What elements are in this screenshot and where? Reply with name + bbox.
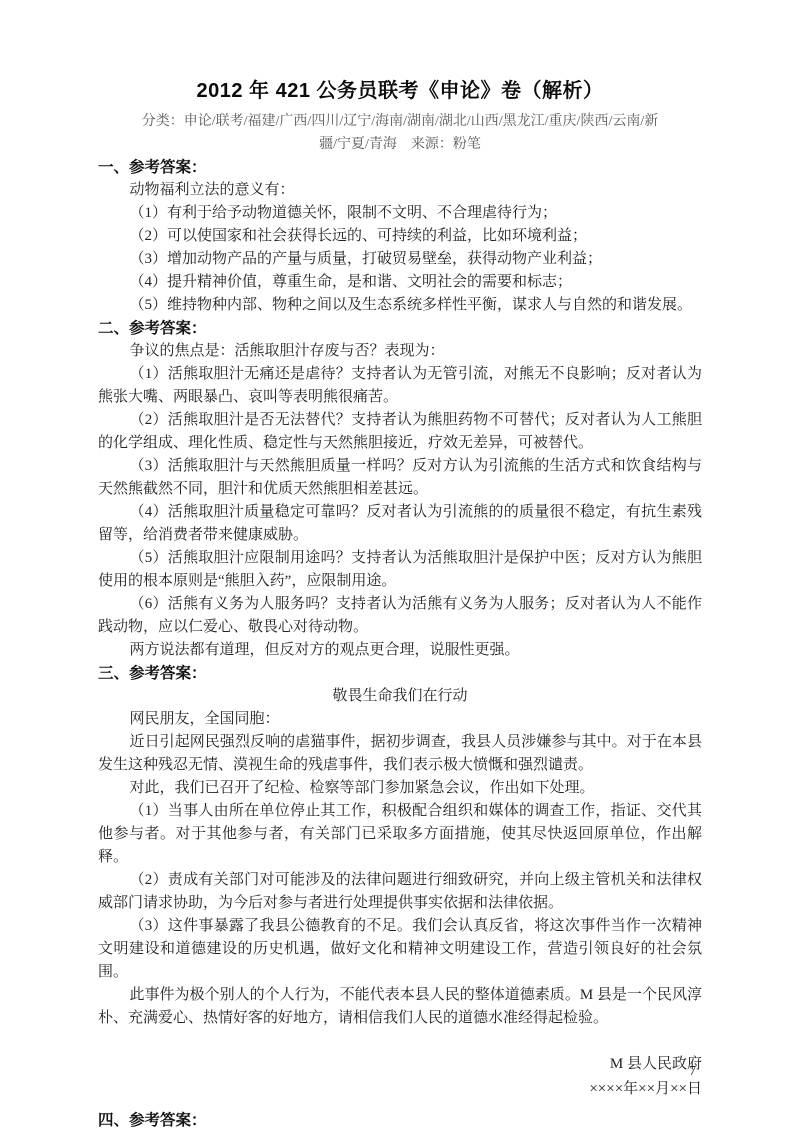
answer1-item-3: （3）增加动物产品的产量与质量，打破贸易壁垒，获得动物产业利益； — [98, 248, 702, 271]
section-4-heading: 四、参考答案： — [98, 1109, 702, 1132]
answer2-intro: 争议的焦点是：活熊取胆汁存废与否？表现为： — [98, 340, 702, 363]
letter-title: 敬畏生命我们在行动 — [98, 685, 702, 708]
answer2-item-4: （4）活熊取胆汁质量稳定可靠吗？反对者认为引流熊的的质量很不稳定，有抗生素残留等… — [98, 501, 702, 547]
answer2-item-6: （6）活熊有义务为人服务吗？支持者认为活熊有义务为人服务；反对者认为人不能作践动… — [98, 593, 702, 639]
section-2-heading: 二、参考答案： — [98, 317, 702, 340]
page-number: 7 — [689, 1063, 696, 1079]
answer1-item-5: （5）维持物种内部、物种之间以及生态系统多样性平衡，谋求人与自然的和谐发展。 — [98, 294, 702, 317]
page-title: 2012 年 421 公务员联考《申论》卷（解析） — [98, 76, 702, 106]
answer1-item-1: （1）有利于给予动物道德关怀，限制不文明、不合理虐待行为； — [98, 202, 702, 225]
answer1-item-4: （4）提升精神价值，尊重生命，是和谐、文明社会的需要和标志； — [98, 271, 702, 294]
letter-signature: M 县人民政府 — [98, 1052, 702, 1077]
answer2-conclusion: 两方说法都有道理，但反对方的观点更合理，说服性更强。 — [98, 639, 702, 662]
section-1-heading: 一、参考答案： — [98, 156, 702, 179]
letter-para-1: 近日引起网民强烈反响的虐猫事件，据初步调查，我县人员涉嫌参与其中。对于在本县发生… — [98, 731, 702, 777]
section-3-heading: 三、参考答案： — [98, 662, 702, 685]
answer2-item-2: （2）活熊取胆汁是否无法替代？支持者认为熊胆药物不可替代；反对者认为人工熊胆的化… — [98, 409, 702, 455]
answer2-item-1: （1）活熊取胆汁无痛还是虐待？支持者认为无管引流，对熊无不良影响；反对者认为熊张… — [98, 363, 702, 409]
letter-item-3: （3）这件事暴露了我县公德教育的不足。我们会认真反省，将这次事件当作一次精神文明… — [98, 915, 702, 984]
answer1-intro: 动物福利立法的意义有： — [98, 179, 702, 202]
letter-salutation: 网民朋友，全国同胞： — [98, 708, 702, 731]
category-line-1: 分类：申论/联考/福建/广西/四川/辽宁/海南/湖南/湖北/山西/黑龙江/重庆/… — [98, 110, 702, 133]
answer2-item-3: （3）活熊取胆汁与天然熊胆质量一样吗？反对方认为引流熊的生活方式和饮食结构与天然… — [98, 455, 702, 501]
category-line-2: 疆/宁夏/青海 来源：粉笔 — [98, 133, 702, 156]
letter-item-1: （1）当事人由所在单位停止其工作，积极配合组织和媒体的调查工作，指证、交代其他参… — [98, 800, 702, 869]
letter-closing: 此事件为极个别人的个人行为，不能代表本县人民的整体道德素质。M 县是一个民风淳朴… — [98, 984, 702, 1030]
category-line: 分类：申论/联考/福建/广西/四川/辽宁/海南/湖南/湖北/山西/黑龙江/重庆/… — [98, 110, 702, 156]
document-page: 2012 年 421 公务员联考《申论》卷（解析） 分类：申论/联考/福建/广西… — [0, 0, 800, 1132]
answer2-item-5: （5）活熊取胆汁应限制用途吗？支持者认为活熊取胆汁是保护中医；反对方认为熊胆使用… — [98, 547, 702, 593]
answer1-item-2: （2）可以使国家和社会获得长远的、可持续的利益，比如环境利益； — [98, 225, 702, 248]
letter-para-2: 对此，我们已召开了纪检、检察等部门参加紧急会议，作出如下处理。 — [98, 777, 702, 800]
letter-date: ××××年××月××日 — [98, 1077, 702, 1102]
letter-item-2: （2）责成有关部门对可能涉及的法律问题进行细致研究，并向上级主管机关和法律权威部… — [98, 869, 702, 915]
